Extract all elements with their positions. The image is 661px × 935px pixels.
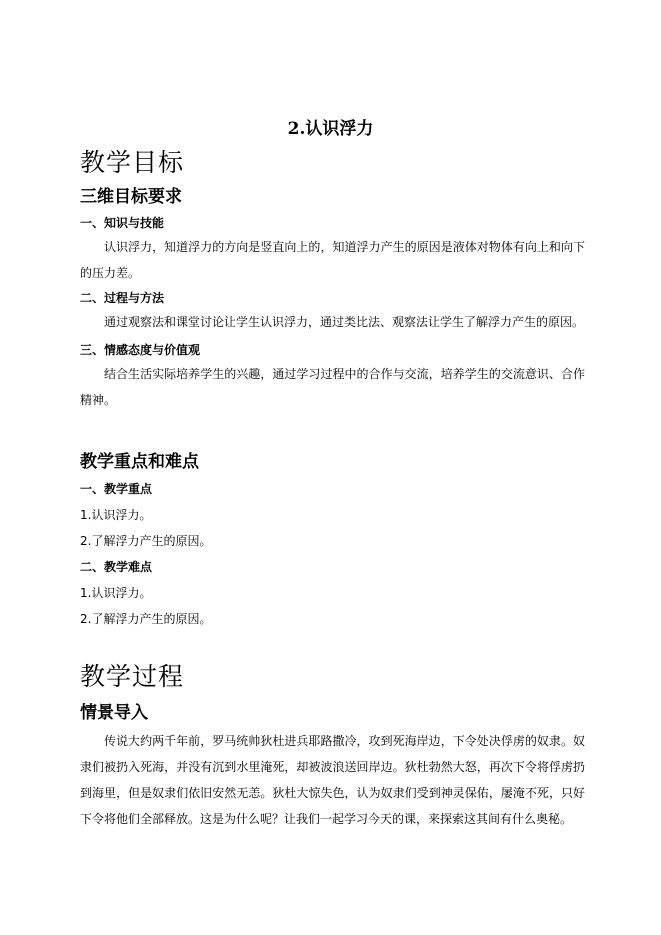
key-point-item: 1.认识浮力。 <box>80 506 151 523</box>
objective-label-attitude: 三、情感态度与价值观 <box>80 341 200 358</box>
objective-label-knowledge: 一、知识与技能 <box>80 214 164 231</box>
subheading-three-dimensional-goals: 三维目标要求 <box>80 182 182 207</box>
key-points-label: 一、教学重点 <box>80 480 152 497</box>
scenario-intro-text: 传说大约两千年前，罗马统帅狄杜进兵耶路撒冷，攻到死海岸边，下令处决俘虏的奴隶。奴… <box>80 728 585 832</box>
difficult-point-item: 1.认识浮力。 <box>80 584 151 601</box>
key-point-item: 2.了解浮力产生的原因。 <box>80 532 211 549</box>
section-heading-process: 教学过程 <box>80 657 184 693</box>
objective-text-process: 通过观察法和课堂讨论让学生认识浮力，通过类比法、观察法让学生了解浮力产生的原因。 <box>80 309 585 335</box>
document-title: 2.认识浮力 <box>0 114 661 139</box>
section-heading-objectives: 教学目标 <box>80 143 184 179</box>
objective-label-process: 二、过程与方法 <box>80 289 164 306</box>
objective-text-knowledge: 认识浮力，知道浮力的方向是竖直向上的，知道浮力产生的原因是液体对物体有向上和向下… <box>80 234 585 286</box>
subheading-scenario-intro: 情景导入 <box>80 698 148 723</box>
difficult-point-item: 2.了解浮力产生的原因。 <box>80 610 211 627</box>
difficult-points-label: 二、教学难点 <box>80 558 152 575</box>
objective-text-attitude: 结合生活实际培养学生的兴趣，通过学习过程中的合作与交流，培养学生的交流意识、合作… <box>80 361 585 413</box>
subheading-key-points: 教学重点和难点 <box>80 447 199 472</box>
